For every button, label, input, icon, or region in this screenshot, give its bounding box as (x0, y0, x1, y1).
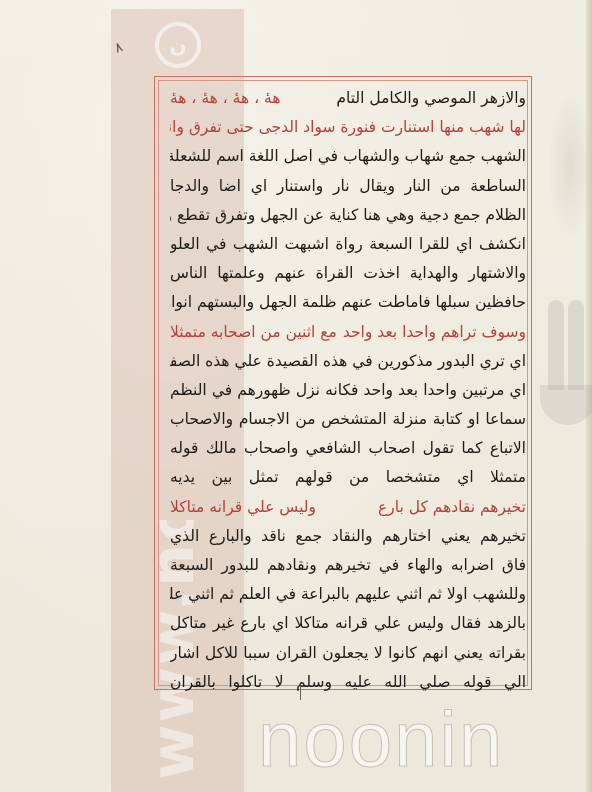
manuscript-line-text: بالزهد فقال وليس علي قرانه متاكلا اي بار… (170, 614, 526, 632)
manuscript-line-text: الاتباع كما تقول اصحاب الشافعي واصحاب ما… (170, 439, 526, 457)
manuscript-line-text: وللشهب اولا ثم اثني عليهم بالبراعة في ال… (170, 585, 526, 603)
manuscript-line: تخيرهم نقادهم كل بارعوليس علي قرانه متاك… (170, 493, 526, 522)
manuscript-line: الساطعة من النار ويقال نار واستنار اي اض… (170, 172, 526, 201)
watermark-minaret-left (548, 300, 564, 390)
manuscript-line: والاشتهار والهداية اخذت القراة عنهم وعلم… (170, 259, 526, 288)
manuscript-line-text: اي مرتبين واحدا بعد واحد فكانه نزل ظهوره… (170, 381, 526, 399)
manuscript-line: الشهب جمع شهاب والشهاب في اصل اللغة اسم … (170, 142, 526, 171)
manuscript-line: حافظين سبلها فاماطت عنهم ظلمة الجهل والب… (170, 288, 526, 317)
manuscript-line: وسوف تراهم واحدا بعد واحدمع اثنين من اصح… (170, 318, 526, 347)
manuscript-line-text: فاق اضرابه والهاء في تخيرهم ونقادهم للبد… (170, 556, 526, 574)
watermark-ornament (548, 90, 592, 240)
manuscript-line-text: الساطعة من النار ويقال نار واستنار اي اض… (170, 177, 526, 195)
manuscript-line-text: متمثلا اي متشخصا من قولهم تمثل بين يديه (170, 468, 526, 486)
manuscript-line-text: بقراته يعني انهم كانوا لا يجعلون القران … (170, 644, 526, 662)
manuscript-line: وللشهب اولا ثم اثني عليهم بالبراعة في ال… (170, 580, 526, 609)
manuscript-line: اي مرتبين واحدا بعد واحد فكانه نزل ظهوره… (170, 376, 526, 405)
manuscript-line: الاتباع كما تقول اصحاب الشافعي واصحاب ما… (170, 434, 526, 463)
manuscript-line: بالزهد فقال وليس علي قرانه متاكلا اي بار… (170, 609, 526, 638)
manuscript-line-text: حافظين سبلها فاماطت عنهم ظلمة الجهل والب… (170, 293, 526, 311)
rubric-hemistich-right: تخيرهم نقادهم كل بارع (378, 493, 526, 522)
rubric-hemistich-right: وسوف تراهم واحدا بعد واحد (343, 318, 526, 347)
manuscript-line-text: انكشف اي للقرا السبعة رواة اشبهت الشهب ف… (170, 235, 526, 253)
manuscript-line: الي قوله صلي الله عليه وسلم لا تاكلوا با… (170, 668, 526, 697)
manuscript-line-text: اي تري البدور مذكورين في هذه القصيدة علي… (170, 352, 526, 370)
manuscript-line: فاق اضرابه والهاء في تخيرهم ونقادهم للبد… (170, 551, 526, 580)
manuscript-text: والازهر الموصي والكامل التامههٔ ، ههٔ ، … (170, 84, 526, 697)
watermark-minaret-right (568, 300, 584, 390)
manuscript-line: الظلام جمع دجية وهي هنا كناية عن الجهل و… (170, 201, 526, 230)
manuscript-line: اي تري البدور مذكورين في هذه القصيدة علي… (170, 347, 526, 376)
rubric-verse: لها شهب منها استنارت فنورة سواد الدجى حت… (170, 118, 526, 136)
rubric-hemistich-left: وليس علي قرانه متاكلا (170, 493, 316, 522)
manuscript-line: سماعا او كتابة منزلة المتشخص من الاجسام … (170, 405, 526, 434)
manuscript-line-text: سماعا او كتابة منزلة المتشخص من الاجسام … (170, 410, 526, 428)
manuscript-line-text: والاشتهار والهداية اخذت القراة عنهم وعلم… (170, 264, 526, 282)
manuscript-line: لها شهب منها استنارت فنورة سواد الدجى حت… (170, 113, 526, 142)
manuscript-line: متمثلا اي متشخصا من قولهم تمثل بين يديه (170, 463, 526, 492)
manuscript-line-text: الظلام جمع دجية وهي هنا كناية عن الجهل و… (170, 206, 526, 224)
manuscript-line-text: تخيرهم يعني اختارهم والنقاد جمع ناقد وال… (170, 527, 526, 545)
manuscript-line-text: الي قوله صلي الله عليه وسلم لا تاكلوا با… (170, 673, 526, 691)
watermark-logo-icon: ن (155, 22, 201, 68)
manuscript-line: بقراته يعني انهم كانوا لا يجعلون القران … (170, 639, 526, 668)
manuscript-line-text: والازهر الموصي والكامل التام (336, 84, 526, 113)
rubric-hemistich-left: مع اثنين من اصحابه متمثلا (170, 318, 337, 347)
manuscript-line: تخيرهم يعني اختارهم والنقاد جمع ناقد وال… (170, 522, 526, 551)
manuscript-line: والازهر الموصي والكامل التامههٔ ، ههٔ ، … (170, 84, 526, 113)
watermark-wordmark: noonin (258, 700, 504, 778)
manuscript-line-text: الشهب جمع شهاب والشهاب في اصل اللغة اسم … (170, 147, 526, 165)
manuscript-line: انكشف اي للقرا السبعة رواة اشبهت الشهب ف… (170, 230, 526, 259)
rubric-marks: ههٔ ، ههٔ ، ههٔ ، ههٔ (170, 84, 281, 113)
